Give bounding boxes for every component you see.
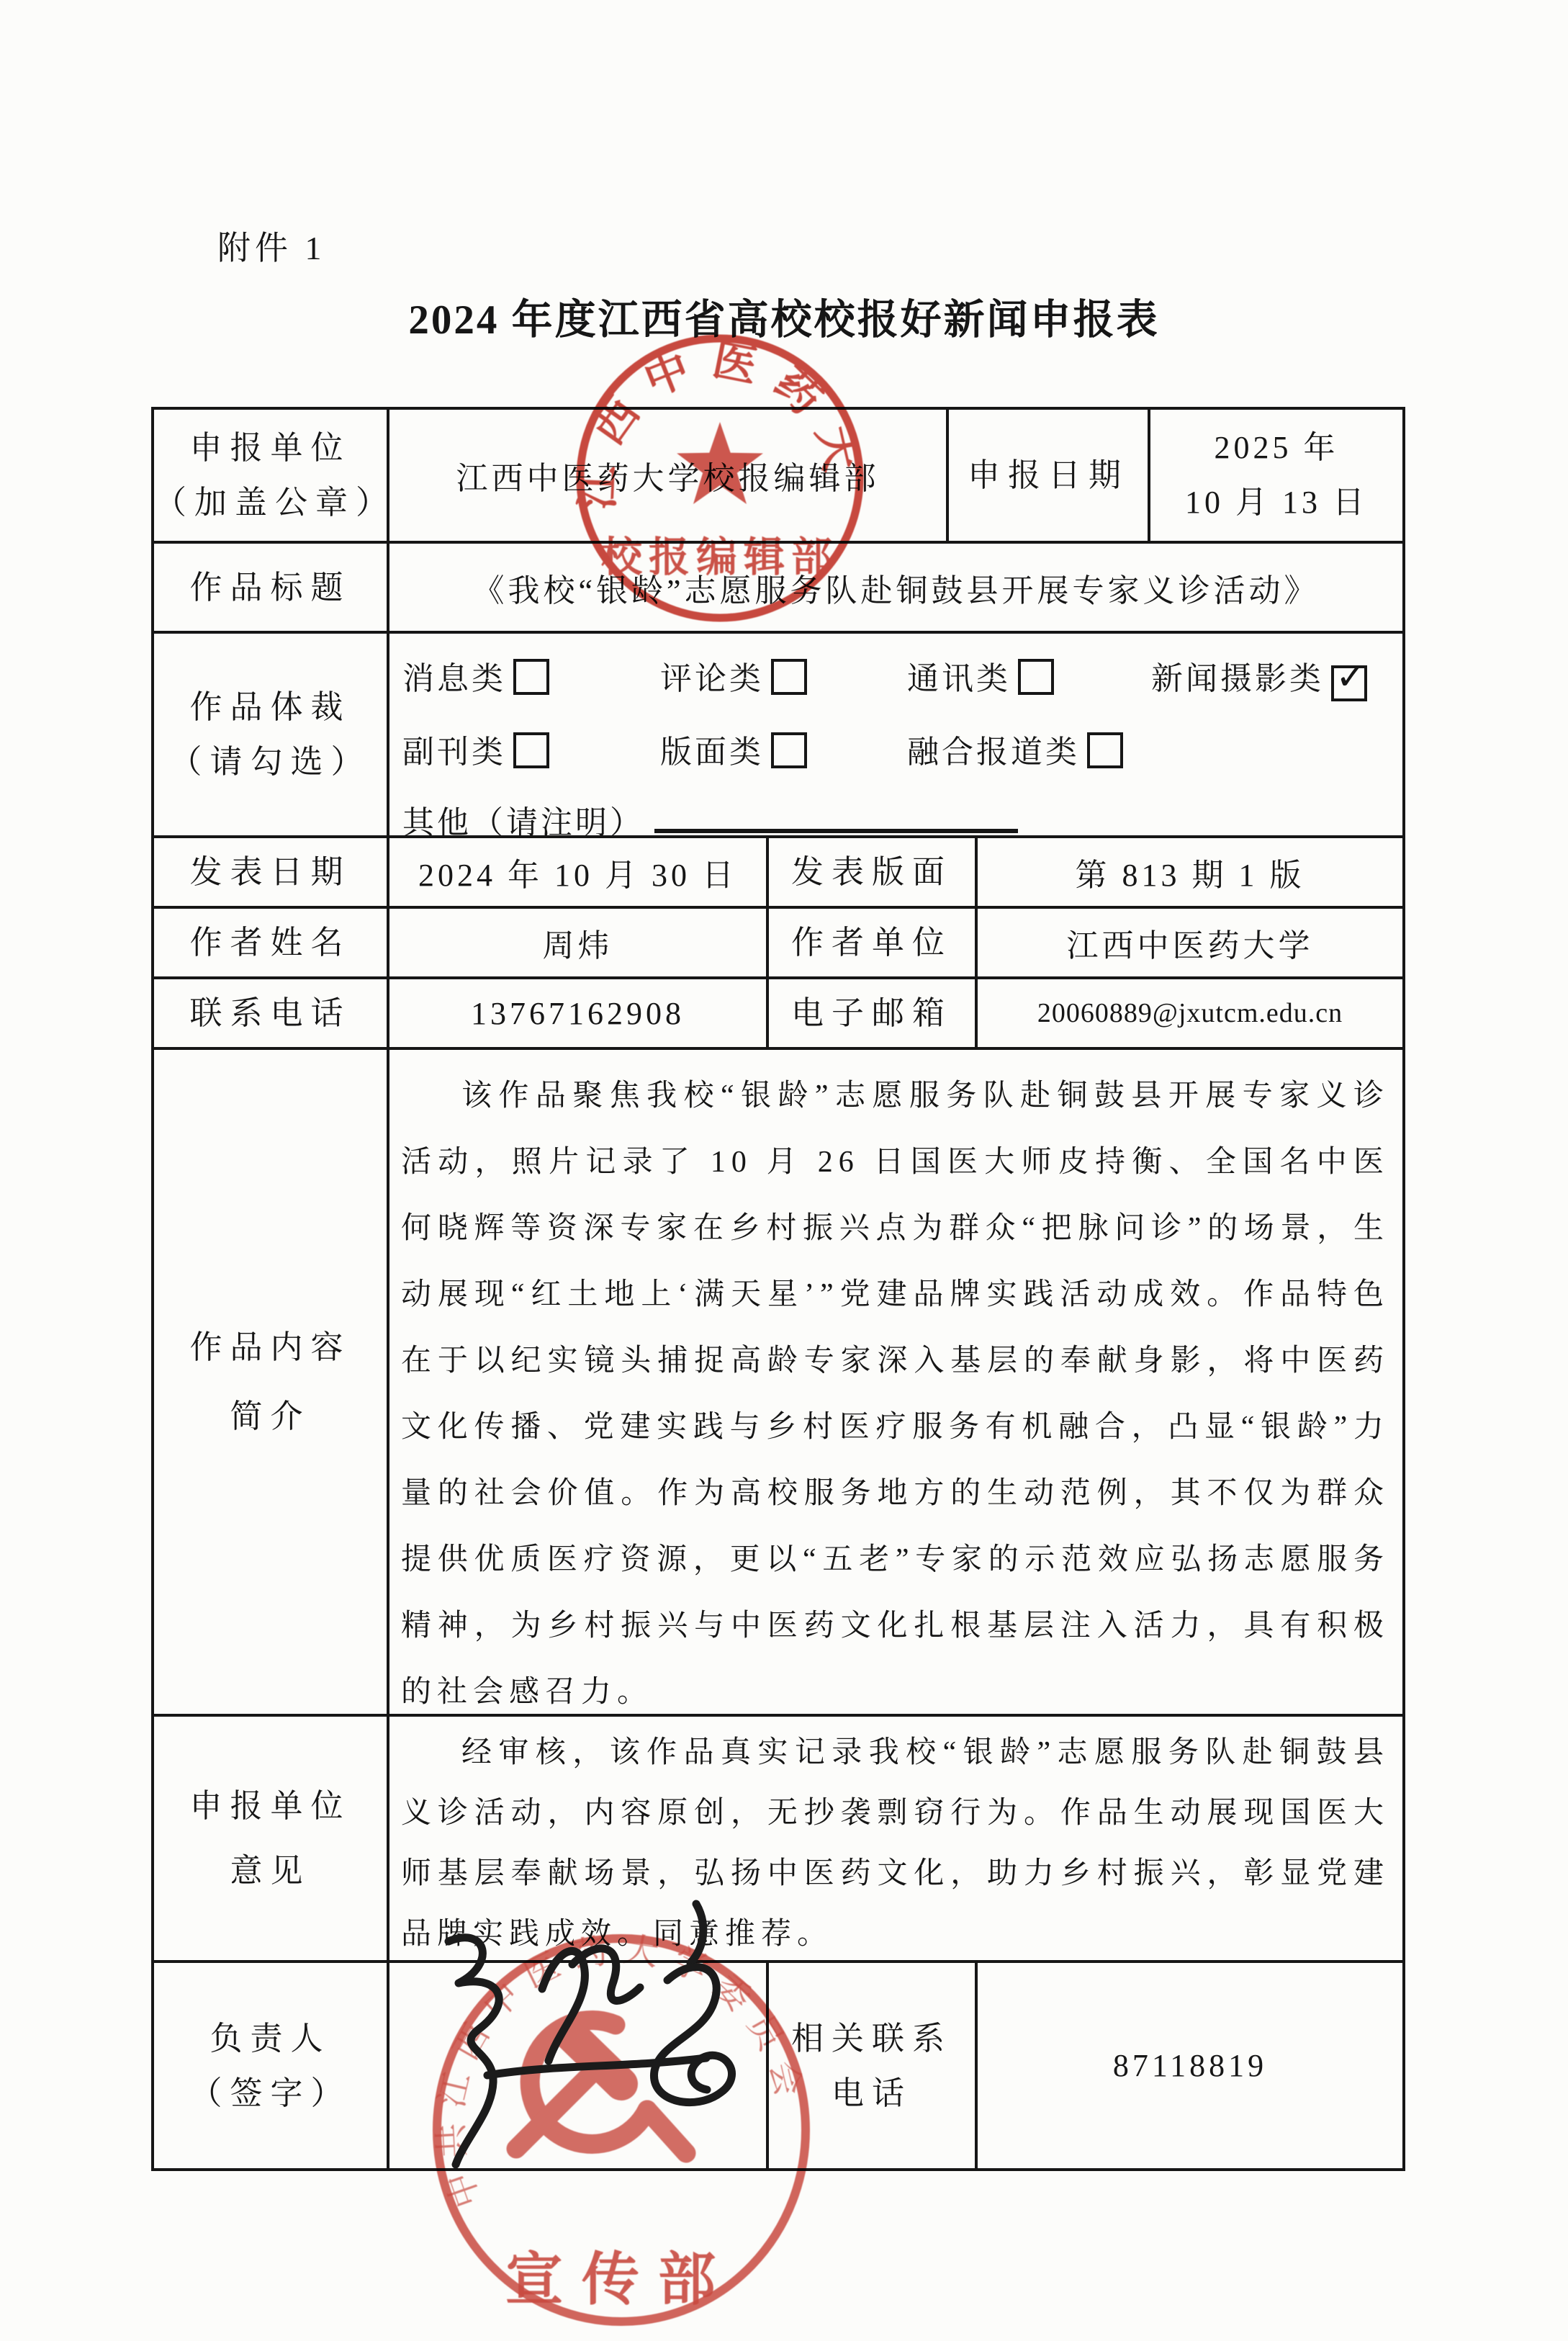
author-unit-value: 江西中医药大学: [978, 909, 1402, 976]
summary-label-line2: 简介: [189, 1389, 351, 1444]
row-contact: 联系电话 13767162908 电子邮箱 20060889@jxutcm.ed…: [154, 979, 1402, 1050]
genre-label: 作品体裁 （请勾选）: [154, 634, 389, 835]
author-name-label: 作者姓名: [154, 909, 389, 976]
summary-text: 该作品聚焦我校“银龄”志愿服务队赴铜鼓县开展专家义诊活动，照片记录了 10 月 …: [389, 1050, 1402, 1725]
genre-label-line2: （请勾选）: [169, 734, 371, 789]
genre-options: 消息类 评论类 通讯类 新闻摄影类✓ 副刊类 版面类 融合报道类 其他（请注明）: [389, 634, 1402, 835]
leader-label: 负责人 （签字）: [154, 1963, 389, 2168]
email-label: 电子邮箱: [769, 979, 978, 1047]
declare-unit-label-line2: （加盖公章）: [154, 475, 387, 530]
row-author: 作者姓名 周炜 作者单位 江西中医药大学: [154, 909, 1402, 979]
row-summary: 作品内容 简介 该作品聚焦我校“银龄”志愿服务队赴铜鼓县开展专家义诊活动，照片记…: [154, 1050, 1402, 1717]
publish-page-label: 发表版面: [769, 838, 978, 906]
publish-page-value: 第 813 期 1 版: [978, 838, 1402, 906]
email-value: 20060889@jxutcm.edu.cn: [978, 979, 1402, 1047]
seal-bottom-text: 宣传部: [505, 2249, 734, 2312]
checkbox-commentary: [771, 659, 807, 695]
summary-label-line1: 作品内容: [189, 1320, 351, 1375]
declare-date-value: 2025 年 10 月 13 日: [1150, 410, 1402, 541]
leader-signature: [385, 1894, 803, 2189]
leader-label-line2: （签字）: [189, 2066, 351, 2121]
genre-other-label: 其他（请注明）: [402, 805, 644, 840]
check-mark-icon: ✓: [1335, 662, 1366, 691]
genre-option-news: 消息类: [402, 652, 660, 701]
checkbox-layout: [771, 732, 807, 768]
author-name-value: 周炜: [389, 909, 769, 976]
genre-other-blank-line: [654, 797, 1018, 833]
checkbox-converged: [1087, 732, 1123, 768]
publish-date-label: 发表日期: [154, 838, 389, 906]
genre-option-photo: 新闻摄影类✓: [1151, 652, 1389, 701]
checkbox-communication: [1018, 659, 1054, 695]
opinion-label-line2: 意见: [189, 1843, 351, 1898]
editorial-office-seal: 江西中医药大学 校报编辑部: [567, 325, 877, 642]
scanned-form-page: 附件 1 2024 年度江西省高校校报好新闻申报表 申报单位 （加盖公章） 江西…: [0, 0, 1568, 2341]
declare-date-day: 10 月 13 日: [1185, 475, 1368, 530]
declare-unit-label-line1: 申报单位: [154, 421, 387, 475]
attachment-label: 附件 1: [217, 222, 326, 269]
row-publish: 发表日期 2024 年 10 月 30 日 发表版面 第 813 期 1 版: [154, 838, 1402, 909]
genre-label-line1: 作品体裁: [169, 680, 371, 734]
publish-date-value: 2024 年 10 月 30 日: [389, 838, 769, 906]
star-icon: [677, 422, 763, 504]
declare-date-year: 2025 年: [1185, 421, 1368, 475]
seal-banner-text: 校报编辑部: [601, 535, 839, 580]
row-genre: 作品体裁 （请勾选） 消息类 评论类 通讯类 新闻摄影类✓ 副刊类 版面类 融合…: [154, 634, 1402, 838]
declare-date-label: 申报日期: [949, 410, 1150, 541]
genre-line-1: 消息类 评论类 通讯类 新闻摄影类✓: [402, 652, 1389, 701]
genre-other-line: 其他（请注明）: [402, 796, 1389, 843]
genre-option-converged: 融合报道类: [907, 726, 1389, 772]
checkbox-news: [513, 659, 549, 695]
phone-label: 联系电话: [154, 979, 389, 1047]
summary-cell: 该作品聚焦我校“银龄”志愿服务队赴铜鼓县开展专家义诊活动，照片记录了 10 月 …: [389, 1050, 1402, 1714]
work-title-label: 作品标题: [154, 544, 389, 631]
contact-phone-value: 87118819: [978, 1963, 1402, 2168]
opinion-label-line1: 申报单位: [189, 1779, 351, 1833]
leader-label-line1: 负责人: [189, 2011, 351, 2066]
checkbox-supplement: [513, 732, 549, 768]
declare-unit-label: 申报单位 （加盖公章）: [154, 410, 389, 541]
genre-line-2: 副刊类 版面类 融合报道类: [402, 726, 1389, 772]
summary-label: 作品内容 简介: [154, 1050, 389, 1714]
opinion-label: 申报单位 意见: [154, 1717, 389, 1960]
genre-option-layout: 版面类: [660, 726, 907, 772]
genre-option-supplement: 副刊类: [402, 726, 660, 772]
phone-value: 13767162908: [389, 979, 769, 1047]
checkbox-photo-checked: ✓: [1331, 665, 1367, 701]
genre-option-communication: 通讯类: [907, 652, 1151, 701]
work-title-value: 《我校“银龄”志愿服务队赴铜鼓县开展专家义诊活动》: [389, 544, 1402, 631]
author-unit-label: 作者单位: [769, 909, 978, 976]
genre-option-commentary: 评论类: [660, 652, 907, 701]
